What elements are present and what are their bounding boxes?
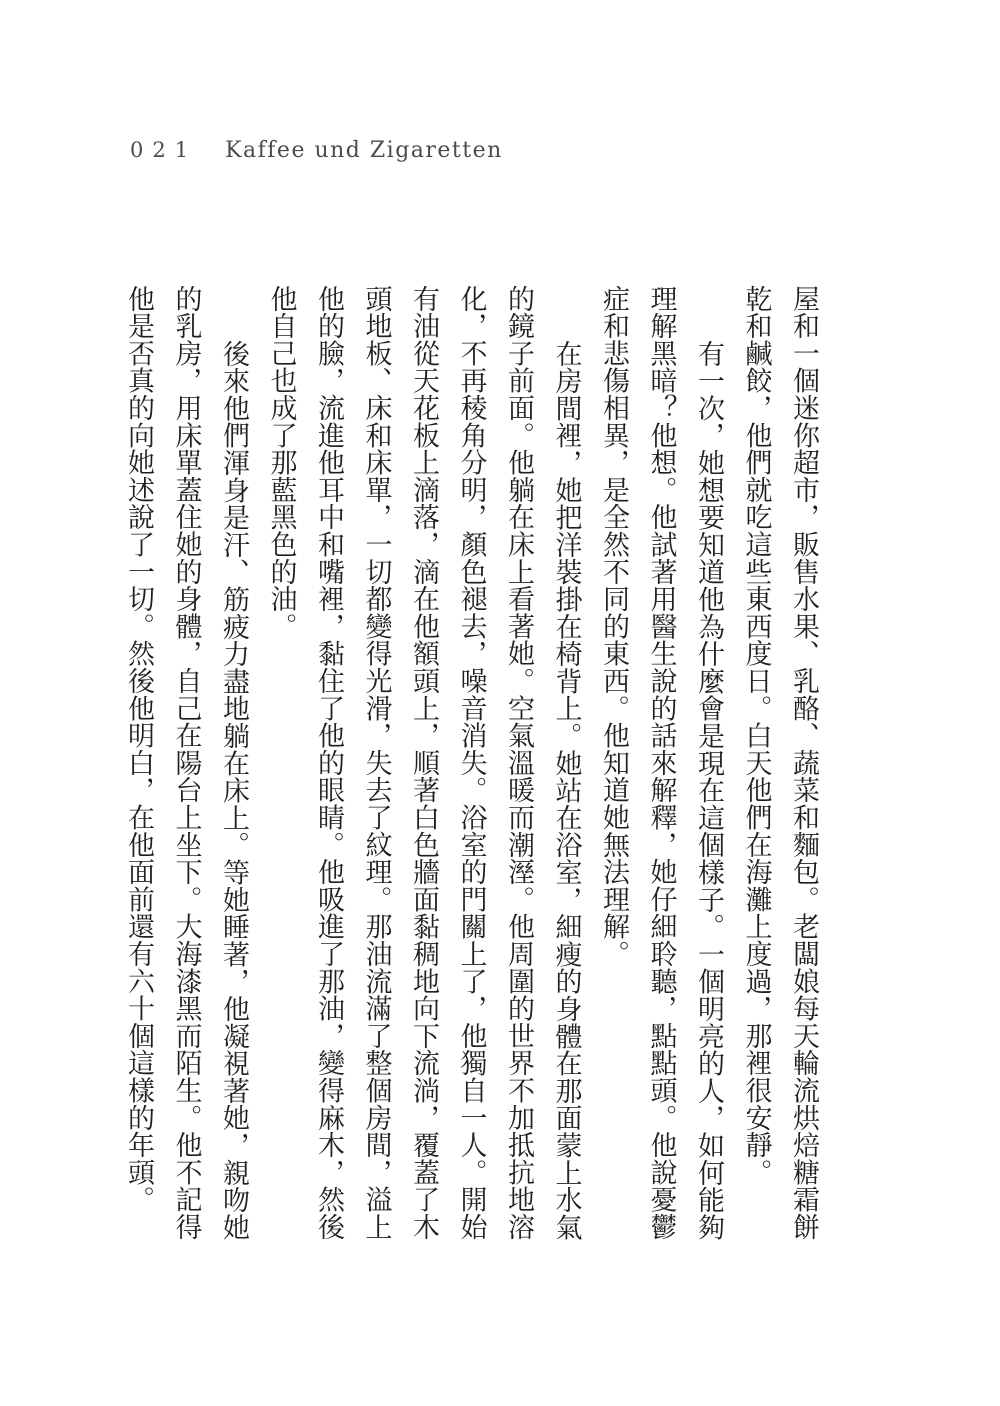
vertical-text-block: 屋和一個迷你超市，販售水果、乳酪、蔬菜和麵包。老闆娘每天輪流烘焙糖霜餅乾和鹹餃，… (102, 285, 827, 1241)
page-number: 021 (130, 138, 197, 162)
running-header: 021 Kaffee und Zigaretten (130, 138, 730, 163)
paragraph: 在房間裡，她把洋裝掛在椅背上。她站在浴室，細瘦的身體在那面蒙上水氣的鏡子前面。他… (257, 285, 590, 1241)
running-title: Kaffee und Zigaretten (225, 138, 503, 163)
paragraph: 後來他們渾身是汗、筋疲力盡地躺在床上。等她睡著，他凝視著她，親吻她的乳房，用床單… (115, 285, 258, 1241)
book-page: 021 Kaffee und Zigaretten 屋和一個迷你超市，販售水果、… (0, 0, 1000, 1406)
paragraph: 屋和一個迷你超市，販售水果、乳酪、蔬菜和麵包。老闆娘每天輪流烘焙糖霜餅乾和鹹餃，… (732, 285, 827, 1241)
paragraph: 有一次，她想要知道他為什麼會是現在這個樣子。一個明亮的人，如何能夠理解黑暗？他想… (590, 285, 733, 1241)
